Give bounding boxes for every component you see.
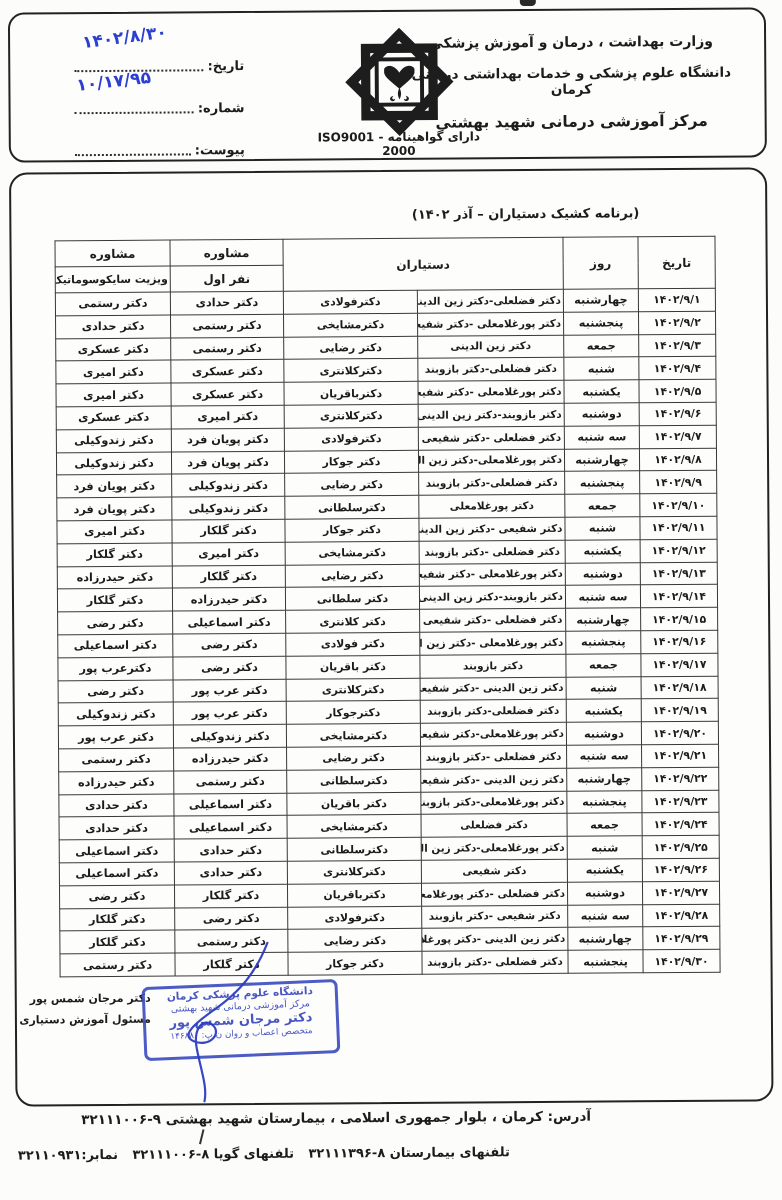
day-cell: دوشنبه xyxy=(567,881,642,904)
first-person-cell: دکتر اسماعیلی xyxy=(173,610,286,634)
residents-main-cell: دکتر پورغلامعلی-دکتر شفیعی xyxy=(420,722,566,746)
residents-main-cell: دکتر پورغلامعلی -دکتر شفیعی xyxy=(419,563,565,587)
attachment-field: پیوست: xyxy=(73,117,245,160)
residents-second-cell: دکتر جوکار xyxy=(288,951,422,975)
residents-second-cell: دکترسلطانی xyxy=(285,495,419,519)
residents-second-cell: دکترمشایخی xyxy=(285,541,419,565)
psychosomatic-cell: دکتر زندوکیلی xyxy=(58,702,173,726)
date-cell: ۱۴۰۲/۹/۲۴ xyxy=(642,813,719,836)
day-cell: سه شنبه xyxy=(567,745,642,768)
date-label: تاریخ: xyxy=(208,59,245,75)
psychosomatic-cell: دکتر عسکری xyxy=(56,338,171,362)
col-header-consult-first: مشاوره xyxy=(170,239,283,266)
day-cell: پنجشنبه xyxy=(565,471,640,494)
date-cell: ۱۴۰۲/۹/۲۸ xyxy=(643,904,720,927)
day-cell: جمعه xyxy=(567,813,642,836)
date-cell: ۱۴۰۲/۹/۱۵ xyxy=(641,607,718,630)
psychosomatic-cell: دکتر پویان فرد xyxy=(57,497,172,521)
psychosomatic-cell: دکتر رستمی xyxy=(59,748,174,772)
roster-table: تاریخ روز دستیاران مشاوره مشاوره نفر اول… xyxy=(54,236,720,978)
date-cell: ۱۴۰۲/۹/۸ xyxy=(639,448,716,471)
col-subheader-psychosomatic: ویزیت سایکوسوماتیک xyxy=(55,266,170,293)
first-person-cell: دکتر عرب پور xyxy=(173,679,286,703)
day-cell: یکشنبه xyxy=(565,540,640,563)
first-person-cell: دکتر پویان فرد xyxy=(171,451,284,475)
date-cell: ۱۴۰۲/۹/۲۱ xyxy=(642,744,719,767)
psychosomatic-cell: دکتر گلکار xyxy=(57,543,172,567)
psychosomatic-cell: دکتر رستمی xyxy=(60,953,175,977)
first-person-cell: دکتر رستمی xyxy=(171,314,284,338)
psychosomatic-cell: دکتر رضی xyxy=(58,611,173,635)
residents-main-cell: دکتر فضلعلی-دکتر بازوبند xyxy=(420,700,566,724)
document-sheet: وزارت بهداشت ، درمان و آموزش پزشکی دانشگ… xyxy=(0,0,782,1200)
date-cell: ۱۴۰۲/۹/۲۲ xyxy=(642,767,719,790)
date-cell: ۱۴۰۲/۹/۲۳ xyxy=(642,790,719,813)
residents-second-cell: دکترفولادی xyxy=(283,290,417,314)
first-person-cell: دکتر گلکار xyxy=(172,565,285,589)
phones-line: تلفنهای بیمارستان ۸-۳۲۱۱۱۳۹۶ تلفنهای گوی… xyxy=(18,1145,510,1163)
residents-second-cell: دکترفولادی xyxy=(288,906,422,930)
address-line: آدرس: کرمان ، بلوار جمهوری اسلامی ، بیما… xyxy=(74,1109,599,1129)
day-cell: چهارشنبه xyxy=(563,289,638,312)
first-person-cell: دکتر رضی xyxy=(175,907,288,931)
university-emblem-icon xyxy=(340,24,459,145)
day-cell: یکشنبه xyxy=(564,380,639,403)
number-label: شماره: xyxy=(198,101,245,117)
first-person-cell: دکتر رضی xyxy=(173,656,286,680)
date-cell: ۱۴۰۲/۹/۱۷ xyxy=(641,653,718,676)
date-cell: ۱۴۰۲/۹/۷ xyxy=(639,425,716,448)
psychosomatic-cell: دکتر پویان فرد xyxy=(57,474,172,498)
day-cell: دوشنبه xyxy=(566,722,641,745)
voice-phones: تلفنهای گویا ۸-۳۲۱۱۱۰۰۶ xyxy=(132,1147,294,1163)
date-cell: ۱۴۰۲/۹/۲۷ xyxy=(642,881,719,904)
residents-main-cell: دکتر فضلعلی -دکتر بازوبند xyxy=(421,745,567,769)
residents-main-cell: دکتر زین الدینی -دکتر شفیعی xyxy=(420,677,566,701)
day-cell: پنجشنبه xyxy=(566,631,641,654)
psychosomatic-cell: دکتر حدادی xyxy=(56,315,171,339)
letterhead-box: وزارت بهداشت ، درمان و آموزش پزشکی دانشگ… xyxy=(8,7,767,162)
day-cell: شنبه xyxy=(567,836,642,859)
fax-number: نمابر:۳۲۱۱۰۹۳۱ xyxy=(18,1148,118,1164)
day-cell: پنجشنبه xyxy=(567,790,642,813)
residents-second-cell: دکترجوکار xyxy=(286,701,420,725)
first-person-cell: دکتر حدادی xyxy=(174,838,287,862)
day-cell: جمعه xyxy=(564,334,639,357)
residents-main-cell: دکتر بازوبند xyxy=(420,654,566,678)
residents-second-cell: دکتر فولادی xyxy=(286,632,420,656)
residents-second-cell: دکتر رضایی xyxy=(288,929,422,953)
residents-main-cell: دکتر پورغلامعلی xyxy=(419,494,565,518)
date-cell: ۱۴۰۲/۹/۴ xyxy=(639,357,716,380)
date-cell: ۱۴۰۲/۹/۱۰ xyxy=(640,493,717,516)
date-cell: ۱۴۰۲/۹/۱ xyxy=(638,288,715,311)
residents-main-cell: دکتر پورغلامعلی-دکتر بازوبند xyxy=(421,791,567,815)
residents-second-cell: دکترسلطانی xyxy=(287,837,421,861)
residents-main-cell: دکتر فضلعلی-دکتر بازوبند xyxy=(418,358,564,382)
residents-second-cell: دکتر کلانتری xyxy=(286,609,420,633)
letter-fields: تاریخ: شماره: پیوست: xyxy=(72,33,245,160)
residents-second-cell: دکتر جوکار xyxy=(284,450,418,474)
residents-second-cell: دکترکلانتری xyxy=(287,860,421,884)
handwritten-mark xyxy=(199,1129,204,1144)
first-person-cell: دکتر رضی xyxy=(173,633,286,657)
residents-main-cell: دکتر شفیعی -دکتر زین الدینی xyxy=(419,517,565,541)
psychosomatic-cell: دکتر عرب پور xyxy=(58,725,173,749)
first-person-cell: دکتر عسکری xyxy=(171,382,284,406)
residents-second-cell: دکتر باقریان xyxy=(286,655,420,679)
first-person-cell: دکتر رستمی xyxy=(174,770,287,794)
residents-main-cell: دکتر بازوبند-دکتر زین الدینی xyxy=(418,403,564,427)
number-dotted-line xyxy=(75,110,194,114)
first-person-cell: دکتر اسماعیلی xyxy=(174,816,287,840)
day-cell: چهارشنبه xyxy=(566,608,641,631)
first-person-cell: دکتر حیدرزاده xyxy=(174,747,287,771)
residents-main-cell: دکتر شفیعی xyxy=(421,859,567,883)
residents-second-cell: دکترسلطانی xyxy=(287,769,421,793)
first-person-cell: دکتر حدادی xyxy=(174,861,287,885)
day-cell: چهارشنبه xyxy=(568,927,643,950)
residents-main-cell: دکتر پورغلامعلی -دکتر شفیعی xyxy=(417,312,563,336)
residents-main-cell: دکتر فضلعلی -دکتر بازوبند xyxy=(419,540,565,564)
residents-main-cell: دکتر پورغلامعلی -دکتر زین الدینی xyxy=(420,631,566,655)
day-cell: سه شنبه xyxy=(568,904,643,927)
residents-second-cell: دکترمشایخی xyxy=(286,723,420,747)
psychosomatic-cell: دکتر امیری xyxy=(56,360,171,384)
residents-second-cell: دکتر باقریان xyxy=(287,792,421,816)
date-cell: ۱۴۰۲/۹/۳ xyxy=(639,334,716,357)
day-cell: شنبه xyxy=(566,676,641,699)
first-person-cell: دکتر زندوکیلی xyxy=(172,496,285,520)
col-header-consult-psy: مشاوره xyxy=(55,240,170,267)
date-cell: ۱۴۰۲/۹/۱۴ xyxy=(640,585,717,608)
psychosomatic-cell: دکتر گلکار xyxy=(60,930,175,954)
residents-main-cell: دکتر فضلعلی -دکتر شفیعی xyxy=(418,426,564,450)
first-person-cell: دکتر حیدرزاده xyxy=(172,588,285,612)
day-cell: سه شنبه xyxy=(565,585,640,608)
residents-second-cell: دکترکلانتری xyxy=(286,678,420,702)
date-cell: ۱۴۰۲/۹/۶ xyxy=(639,402,716,425)
attachment-dotted-line xyxy=(75,152,191,156)
day-cell: چهارشنبه xyxy=(564,448,639,471)
psychosomatic-cell: دکترعرب پور xyxy=(58,657,173,681)
date-cell: ۱۴۰۲/۹/۱۲ xyxy=(640,539,717,562)
day-cell: جمعه xyxy=(565,494,640,517)
first-person-cell: دکتر زندوکیلی xyxy=(173,724,286,748)
date-cell: ۱۴۰۲/۹/۹ xyxy=(640,471,717,494)
first-person-cell: دکتر گلکار xyxy=(174,884,287,908)
day-cell: پنجشنبه xyxy=(568,950,643,973)
date-cell: ۱۴۰۲/۹/۱۳ xyxy=(640,562,717,585)
residents-main-cell: دکتر فضلعلی -دکتر شفیعی xyxy=(420,608,566,632)
table-row: ۱۴۰۲/۹/۳۰پنجشنبهدکتر فضلعلی -دکتر بازوبن… xyxy=(60,949,720,976)
psychosomatic-cell: دکتر امیری xyxy=(56,383,171,407)
residents-main-cell: دکتر فضلعلی -دکتر پورغلامعلی xyxy=(421,882,567,906)
psychosomatic-cell: دکتر عسکری xyxy=(56,406,171,430)
residents-second-cell: دکتر رضایی xyxy=(287,746,421,770)
official-stamp: دانشگاه علوم پزشکی کرمان مرکز آموزشی درم… xyxy=(141,979,340,1061)
attachment-label: پیوست: xyxy=(195,143,245,159)
day-cell: چهارشنبه xyxy=(567,767,642,790)
residents-main-cell: دکتر فضلعلی -دکتر بازوبند xyxy=(422,950,568,974)
residents-second-cell: دکتر رضایی xyxy=(284,336,418,360)
first-person-cell: دکتر اسماعیلی xyxy=(174,793,287,817)
day-cell: شنبه xyxy=(564,357,639,380)
psychosomatic-cell: دکتر زندوکیلی xyxy=(56,452,171,476)
psychosomatic-cell: دکتر حیدرزاده xyxy=(59,771,174,795)
date-cell: ۱۴۰۲/۹/۲۶ xyxy=(642,858,719,881)
psychosomatic-cell: دکتر امیری xyxy=(57,520,172,544)
day-cell: پنجشنبه xyxy=(563,312,638,335)
residents-second-cell: دکتر رضایی xyxy=(285,473,419,497)
residents-main-cell: دکتر پورغلامعلی-دکتر زین الدینی xyxy=(418,449,564,473)
psychosomatic-cell: دکتر گلکار xyxy=(57,588,172,612)
day-cell: شنبه xyxy=(565,517,640,540)
psychosomatic-cell: دکتر حدادی xyxy=(59,816,174,840)
first-person-cell: دکتر گلکار xyxy=(175,952,288,976)
date-cell: ۱۴۰۲/۹/۲۹ xyxy=(643,927,720,950)
day-cell: دوشنبه xyxy=(564,403,639,426)
roster-body: ۱۴۰۲/۹/۱چهارشنبهدکتر فضلعلی-دکتر زین الد… xyxy=(55,288,720,976)
residents-second-cell: دکتر جوکار xyxy=(285,518,419,542)
scanned-roster-document: وزارت بهداشت ، درمان و آموزش پزشکی دانشگ… xyxy=(0,0,782,1200)
first-person-cell: دکتر امیری xyxy=(172,542,285,566)
residents-main-cell: دکتر زین الدینی -دکتر شفیعی xyxy=(421,768,567,792)
residents-second-cell: دکتر سلطانی xyxy=(285,587,419,611)
date-cell: ۱۴۰۲/۹/۱۶ xyxy=(641,630,718,653)
residents-main-cell: دکتر فضلعلی-دکتر زین الدینی xyxy=(417,289,563,313)
psychosomatic-cell: دکتر اسماعیلی xyxy=(58,634,173,658)
day-cell: دوشنبه xyxy=(565,562,640,585)
psychosomatic-cell: دکتر اسماعیلی xyxy=(59,862,174,886)
date-cell: ۱۴۰۲/۹/۱۸ xyxy=(641,676,718,699)
residents-main-cell: دکتر فضلعلی-دکتر بازوبند xyxy=(419,472,565,496)
roster-title: (برنامه کشیک دستیاران – آذر ۱۴۰۲) xyxy=(412,206,640,223)
first-person-cell: دکتر امیری xyxy=(171,405,284,429)
day-cell: یکشنبه xyxy=(566,699,641,722)
residents-second-cell: دکترکلانتری xyxy=(284,359,418,383)
residents-second-cell: دکترمشایخی xyxy=(287,815,421,839)
residents-main-cell: دکتر پورغلامعلی-دکتر زین الدینی xyxy=(421,836,567,860)
residents-second-cell: دکترمشایخی xyxy=(284,313,418,337)
first-person-cell: دکتر پویان فرد xyxy=(171,428,284,452)
iso-certificate-text: دارای گواهینامه ISO9001 - 2000 xyxy=(299,129,499,158)
first-person-cell: دکتر رستمی xyxy=(171,337,284,361)
col-header-residents: دستیاران xyxy=(283,237,563,291)
psychosomatic-cell: دکتر زندوکیلی xyxy=(56,429,171,453)
psychosomatic-cell: دکتر حدادی xyxy=(59,794,174,818)
date-cell: ۱۴۰۲/۹/۲ xyxy=(638,311,715,334)
date-cell: ۱۴۰۲/۹/۱۱ xyxy=(640,516,717,539)
first-person-cell: دکتر عرب پور xyxy=(173,702,286,726)
date-cell: ۱۴۰۲/۹/۲۵ xyxy=(642,835,719,858)
hospital-phones: تلفنهای بیمارستان ۸-۳۲۱۱۱۳۹۶ xyxy=(308,1145,510,1161)
psychosomatic-cell: دکتر رستمی xyxy=(55,292,170,316)
residents-second-cell: دکترفولادی xyxy=(284,427,418,451)
residents-main-cell: دکتر زین الدینی xyxy=(418,335,564,359)
psychosomatic-cell: دکتر گلکار xyxy=(60,908,175,932)
col-header-day: روز xyxy=(563,237,638,290)
first-person-cell: دکتر عسکری xyxy=(171,360,284,384)
scan-artifact xyxy=(520,0,536,6)
date-cell: ۱۴۰۲/۹/۵ xyxy=(639,379,716,402)
residents-main-cell: دکتر پورغلامعلی -دکتر شفیعی xyxy=(418,380,564,404)
first-person-cell: دکتر رستمی xyxy=(175,930,288,954)
header-row-1: تاریخ روز دستیاران مشاوره مشاوره xyxy=(55,236,715,267)
psychosomatic-cell: دکتر اسماعیلی xyxy=(59,839,174,863)
date-cell: ۱۴۰۲/۹/۱۹ xyxy=(641,699,718,722)
psychosomatic-cell: دکتر رضی xyxy=(58,680,173,704)
supervisor-role: مسئول آموزش دستیاری xyxy=(19,1009,151,1031)
residents-main-cell: دکتر بازوبند-دکتر زین الدینی xyxy=(419,586,565,610)
first-person-cell: دکتر حدادی xyxy=(170,291,283,315)
day-cell: سه شنبه xyxy=(564,426,639,449)
supervisor-block: دکتر مرجان شمس پور مسئول آموزش دستیاری xyxy=(19,988,151,1031)
col-subheader-first-person: نفر اول xyxy=(170,265,283,292)
first-person-cell: دکتر گلکار xyxy=(172,519,285,543)
date-cell: ۱۴۰۲/۹/۳۰ xyxy=(643,949,720,972)
supervisor-name: دکتر مرجان شمس پور xyxy=(19,988,151,1010)
residents-main-cell: دکتر فضلعلی xyxy=(421,814,567,838)
first-person-cell: دکتر زندوکیلی xyxy=(172,474,285,498)
residents-second-cell: دکتر رضایی xyxy=(285,564,419,588)
col-header-date: تاریخ xyxy=(638,236,715,289)
residents-main-cell: دکتر زین الدینی -دکتر پورغلامعلی xyxy=(422,928,568,952)
psychosomatic-cell: دکتر حیدرزاده xyxy=(57,566,172,590)
date-cell: ۱۴۰۲/۹/۲۰ xyxy=(641,721,718,744)
residents-main-cell: دکتر شفیعی -دکتر بازوبند xyxy=(422,905,568,929)
day-cell: یکشنبه xyxy=(567,859,642,882)
residents-second-cell: دکترباقریان xyxy=(284,381,418,405)
day-cell: جمعه xyxy=(566,654,641,677)
residents-second-cell: دکترکلانتری xyxy=(284,404,418,428)
psychosomatic-cell: دکتر رضی xyxy=(59,885,174,909)
residents-second-cell: دکترباقریان xyxy=(287,883,421,907)
